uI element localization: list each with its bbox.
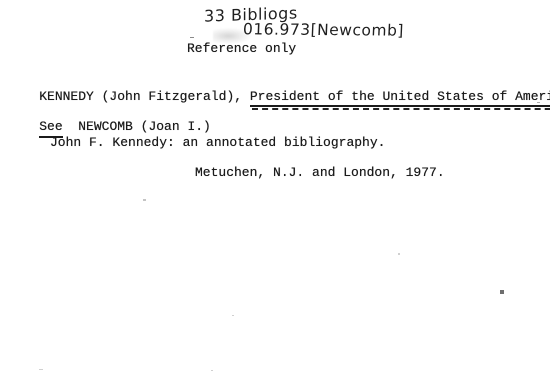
heading-author: KENNEDY (John Fitzgerald),	[39, 89, 250, 104]
heading-title-underlined: President of the United States of Americ…	[250, 89, 550, 107]
scan-speck	[39, 369, 43, 370]
catalog-card: 33 Bibliogs 016.973[Newcomb] Reference o…	[0, 0, 550, 374]
reference-only-note: Reference only	[187, 41, 296, 57]
scan-speck	[232, 315, 234, 316]
scan-speck	[500, 290, 504, 294]
see-spacer	[63, 119, 79, 134]
scan-speck	[143, 199, 146, 201]
scan-speck	[211, 370, 213, 371]
imprint: Metuchen, N.J. and London, 1977.	[195, 165, 445, 181]
work-title: John F. Kennedy: an annotated bibliograp…	[50, 135, 385, 151]
cross-reference-target: NEWCOMB (Joan I.)	[78, 119, 211, 134]
handwritten-classmark: 016.973[Newcomb]	[243, 20, 405, 39]
scan-speck	[113, 95, 115, 97]
scan-speck	[537, 102, 540, 103]
scan-speck	[190, 37, 194, 38]
scan-speck	[398, 253, 400, 255]
